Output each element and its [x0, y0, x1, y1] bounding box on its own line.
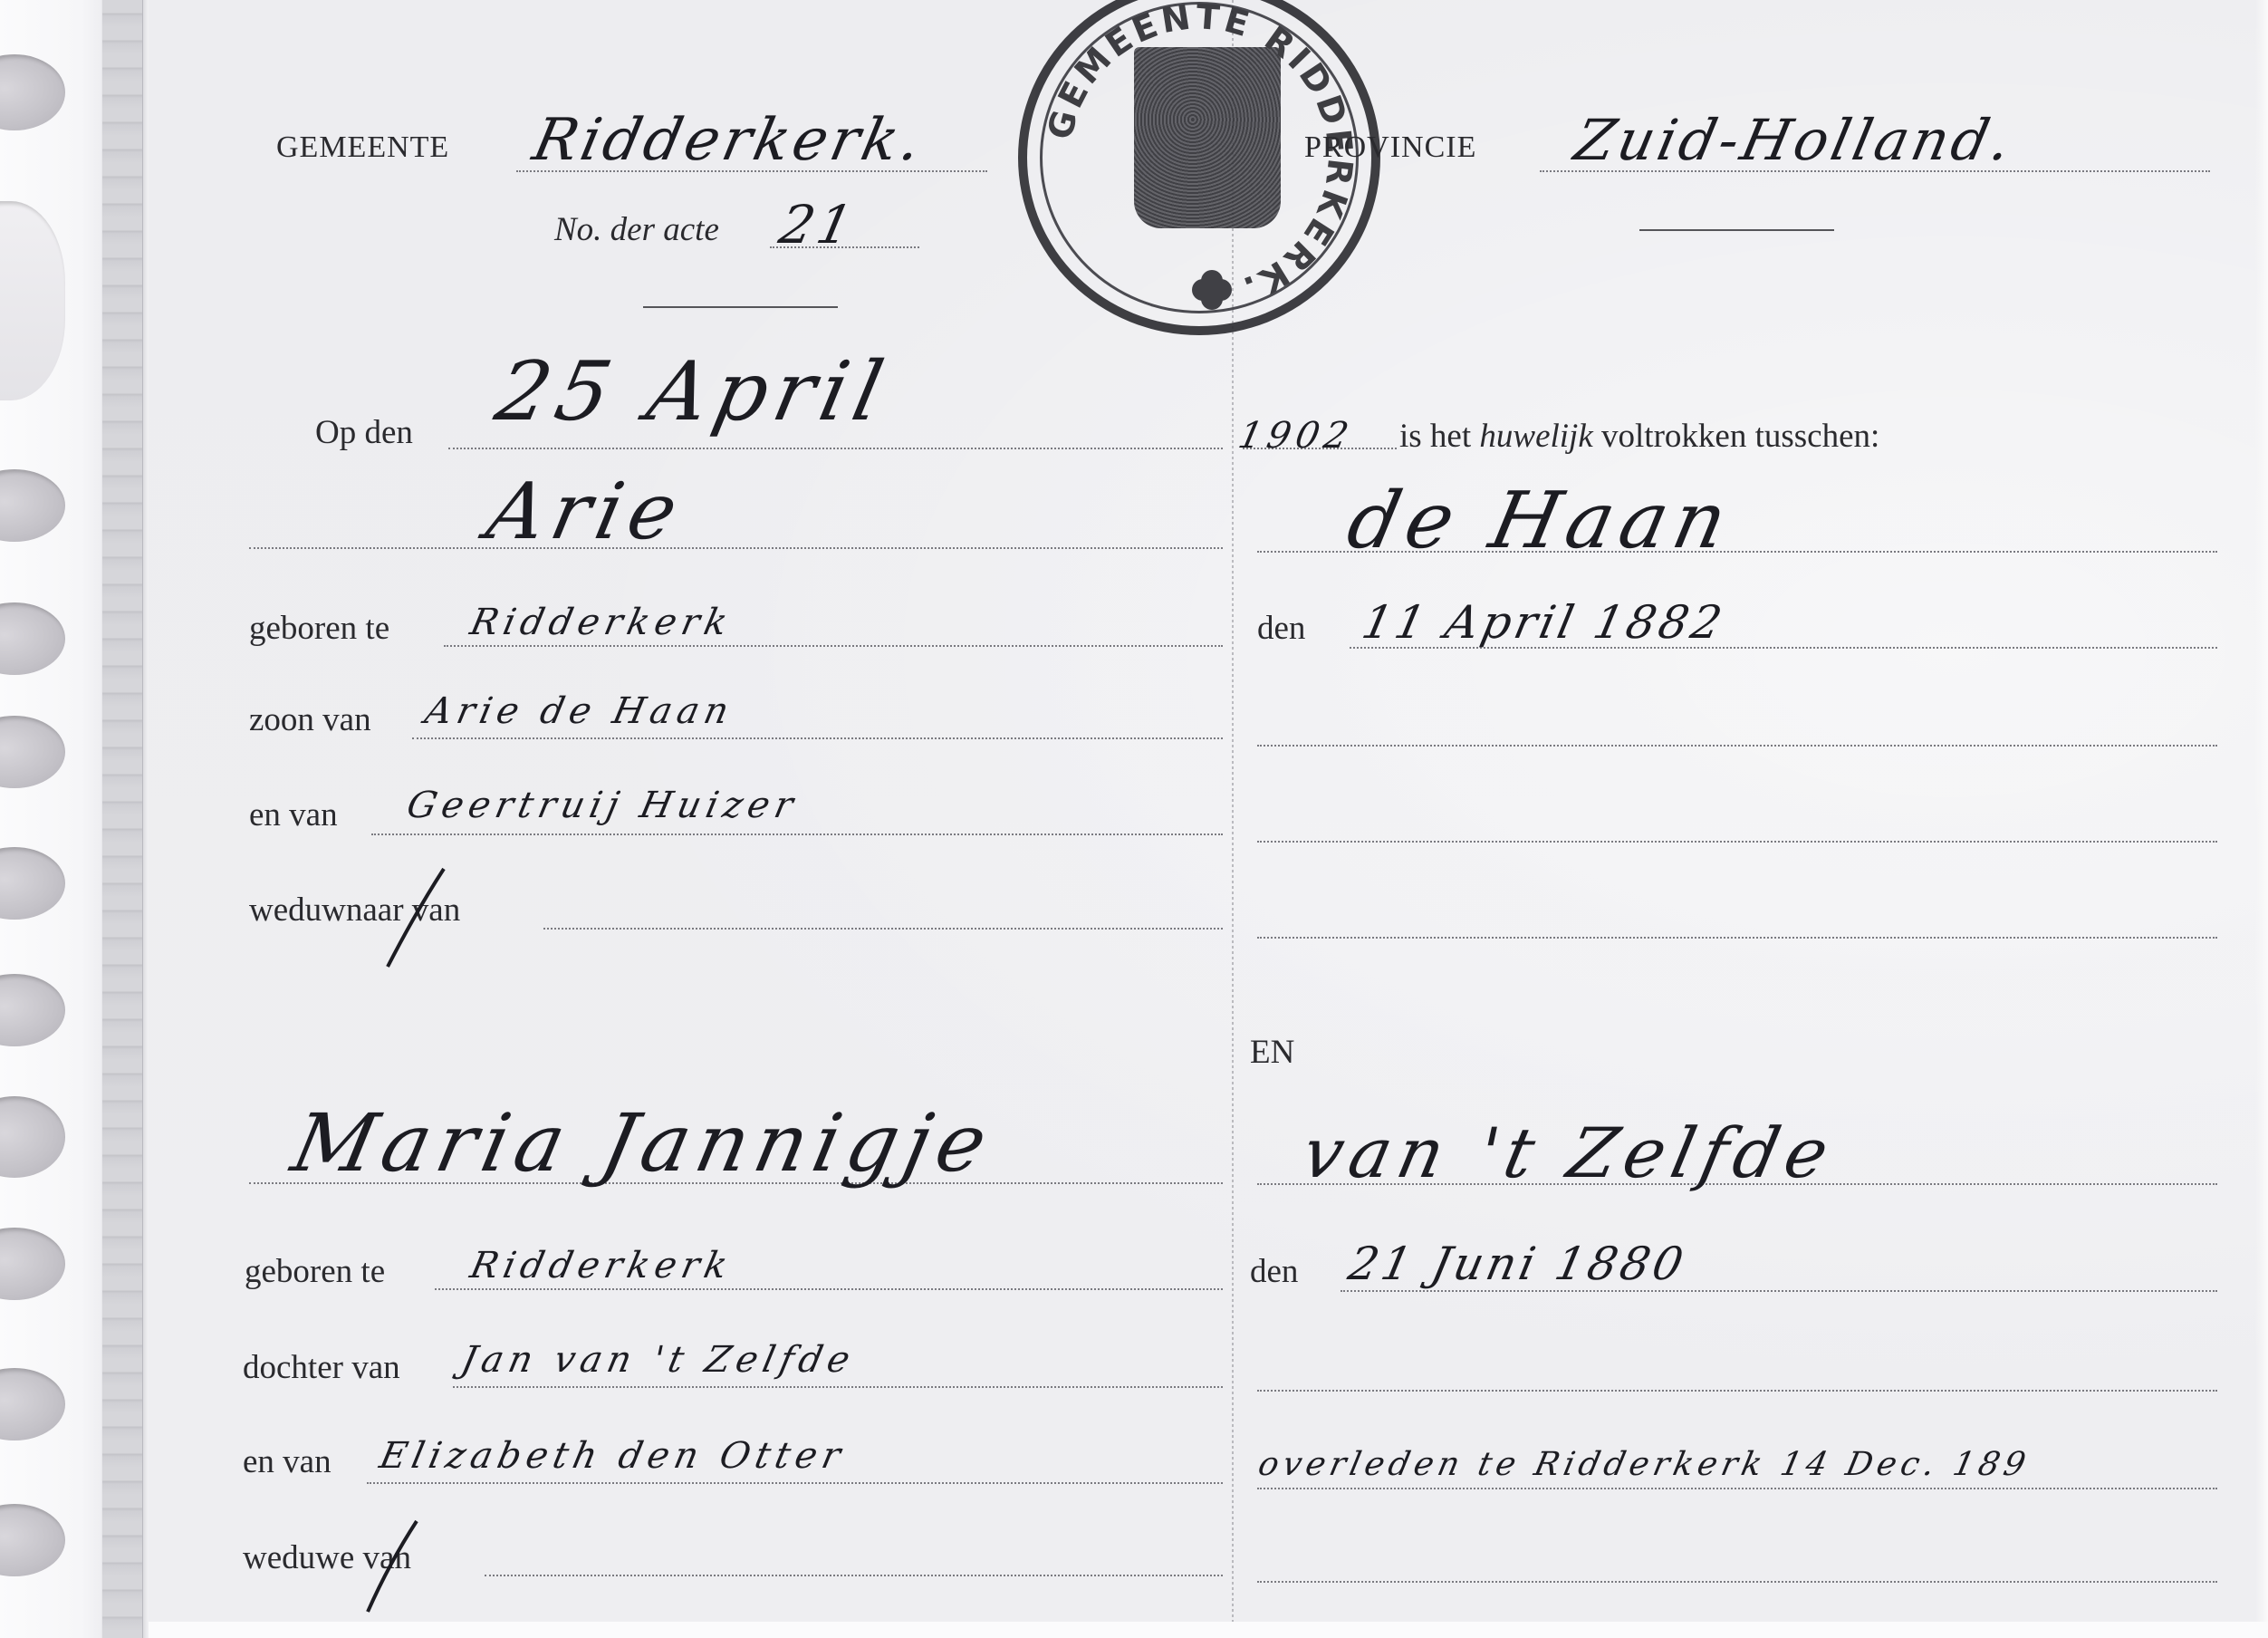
strike-through-mark: [380, 865, 453, 974]
bride-extra-line-1: [1257, 1390, 2217, 1392]
sleeve-rib: [101, 0, 144, 1638]
bride-mother-death-note: overleden te Ridderkerk 14 Dec. 189: [1255, 1446, 2033, 1483]
punch-hole: [0, 716, 65, 788]
groom-extra-line-2: [1257, 841, 2217, 843]
groom-born-line: [444, 645, 1223, 647]
bride-first-name: Maria Jannigje: [284, 1096, 1002, 1190]
groom-last-name: de Haan: [1340, 476, 1741, 566]
widower-line: [543, 928, 1223, 930]
binder-strip: [0, 0, 101, 1638]
header-rule-left: [643, 306, 838, 308]
op-den-label: Op den: [315, 413, 413, 452]
bride-father-line: [453, 1386, 1223, 1388]
municipal-seal-stamp: GEMEENTE RIDDERKERK.: [1018, 0, 1380, 335]
provincie-value: Zuid-Holland.: [1569, 107, 2020, 173]
groom-firstname-line: [249, 547, 1223, 549]
op-den-line: [448, 448, 1223, 449]
stamp-rosette-icon: [1199, 277, 1225, 303]
bride-mother-line: [367, 1482, 1223, 1484]
punch-hole: [0, 469, 65, 542]
groom-first-name: Arie: [479, 467, 692, 557]
groom-mother: Geertruij Huizer: [403, 785, 802, 826]
bride-mother: Elizabeth den Otter: [376, 1435, 850, 1477]
marriage-year: 1902: [1235, 415, 1358, 457]
groom-extra-line-1: [1257, 745, 2217, 747]
page-bottom-margin: [149, 1622, 2268, 1638]
bride-born-date-label: den: [1250, 1252, 1298, 1291]
widow-line: [485, 1575, 1223, 1576]
son-of-label: zoon van: [249, 700, 371, 739]
groom-born-date: 11 April 1882: [1358, 596, 1730, 649]
marriage-date: 25 April: [488, 344, 899, 439]
groom-born-place: Ridderkerk: [466, 602, 736, 643]
groom-father: Arie de Haan: [421, 690, 737, 732]
bride-born-date: 21 Juni 1880: [1344, 1238, 1691, 1290]
bride-born-place: Ridderkerk: [466, 1245, 736, 1286]
bride-and-of-label: en van: [243, 1442, 332, 1481]
bride-born-label: geboren te: [245, 1252, 385, 1291]
acte-value: 21: [774, 194, 861, 255]
punch-hole: [0, 1368, 65, 1440]
punch-hole: [0, 201, 65, 400]
punch-hole: [0, 847, 65, 920]
punch-hole: [0, 974, 65, 1046]
acte-label: No. der acte: [554, 210, 719, 249]
groom-born-date-label: den: [1257, 609, 1305, 648]
intro-sentence: is het huwelijk voltrokken tusschen:: [1399, 417, 1879, 456]
and-of-label: en van: [249, 795, 338, 834]
bride-last-name: van 't Zelfde: [1296, 1113, 1843, 1193]
gemeente-value: Ridderkerk.: [527, 107, 930, 174]
groom-born-label: geboren te: [249, 609, 389, 648]
header-rule-right: [1639, 229, 1834, 231]
bride-extra-line-2: [1257, 1581, 2217, 1583]
groom-extra-line-3: [1257, 937, 2217, 939]
punch-hole: [0, 602, 65, 675]
punch-hole: [0, 54, 65, 130]
bride-born-line: [435, 1288, 1223, 1290]
gemeente-label: GEMEENTE: [276, 130, 449, 165]
conjunction-en: EN: [1250, 1033, 1294, 1072]
provincie-label: PROVINCIE: [1304, 130, 1476, 165]
strike-through-mark: [362, 1518, 426, 1617]
mother-line: [371, 833, 1223, 835]
punch-hole: [0, 1504, 65, 1576]
punch-hole: [0, 1228, 65, 1300]
daughter-of-label: dochter van: [243, 1348, 400, 1387]
page-right-edge: [2255, 0, 2268, 1622]
father-line: [412, 737, 1223, 739]
punch-hole: [0, 1096, 65, 1178]
bride-born-date-line: [1341, 1290, 2217, 1292]
bride-father: Jan van 't Zelfde: [457, 1339, 859, 1381]
bride-mother-note-line: [1257, 1488, 2217, 1489]
